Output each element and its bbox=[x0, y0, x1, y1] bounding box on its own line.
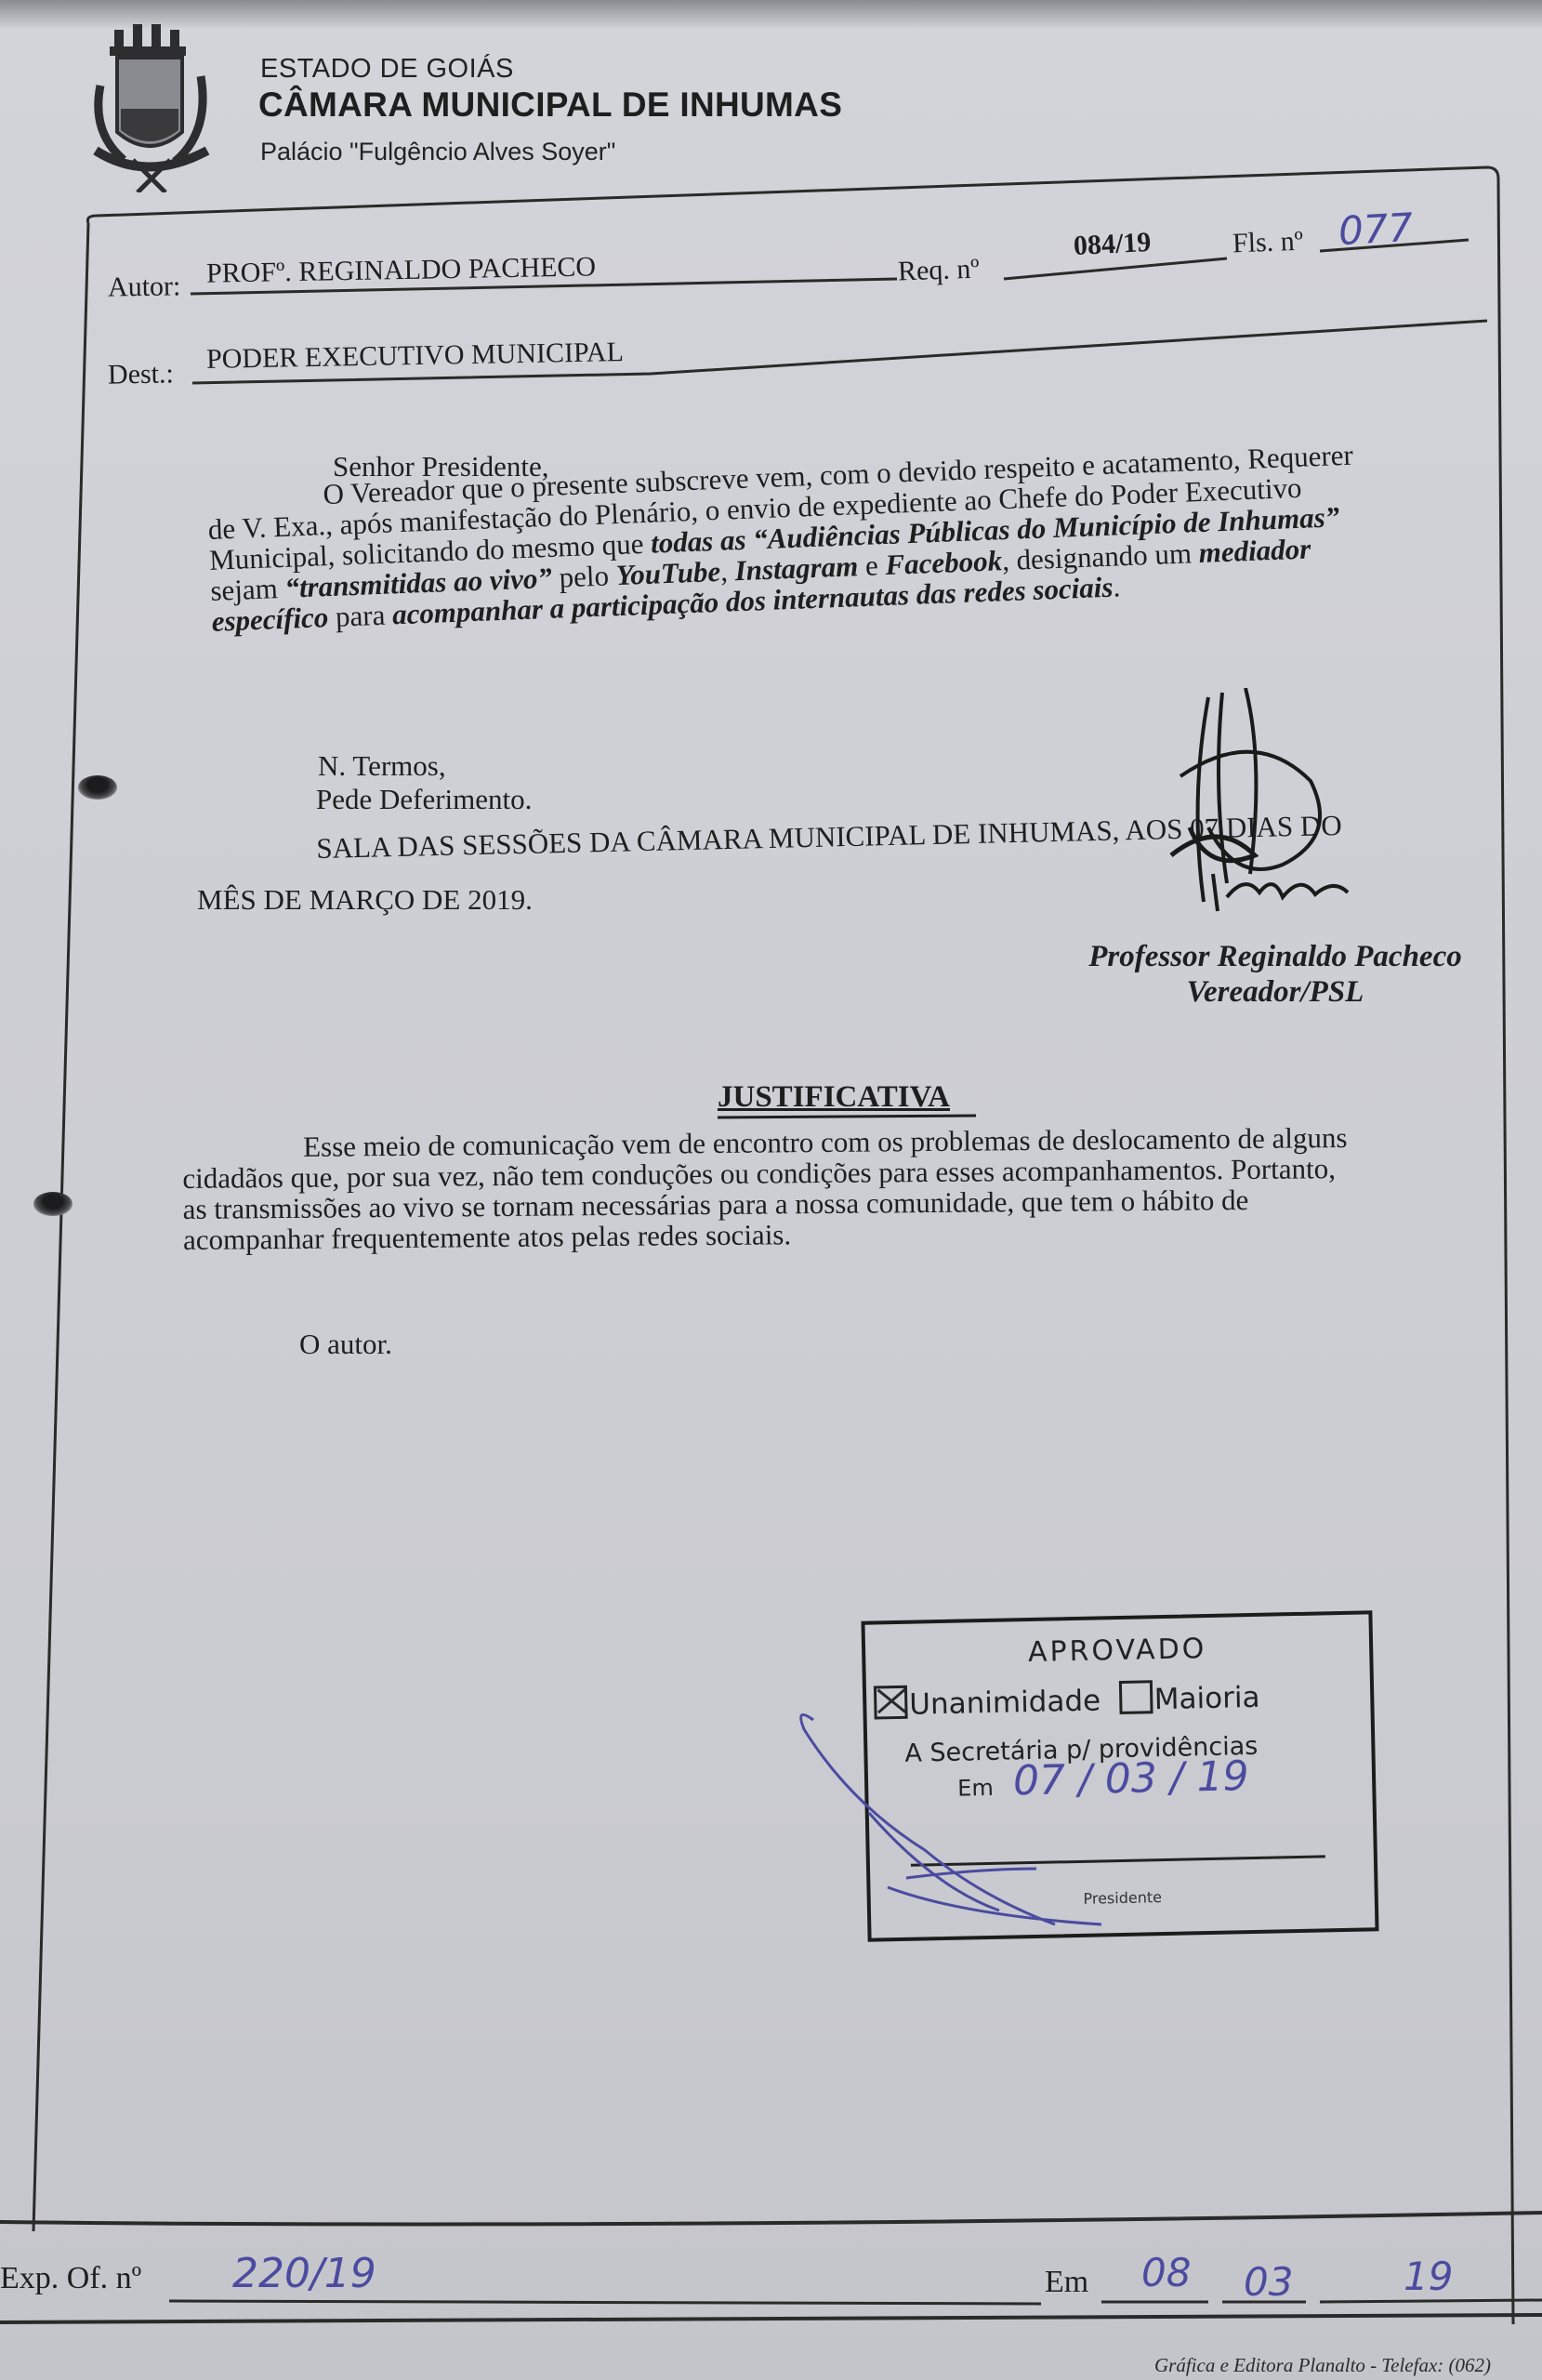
president-signature bbox=[795, 1701, 1166, 1952]
punch-hole bbox=[33, 1192, 72, 1216]
palace-name: Palácio "Fulgêncio Alves Soyer" bbox=[260, 138, 615, 166]
footer-date-label: Em bbox=[1045, 2265, 1088, 2300]
author-signature bbox=[1125, 688, 1422, 930]
majority-label: Maioria bbox=[1153, 1681, 1259, 1716]
signatory-name: Professor Reginaldo Pacheco bbox=[1061, 939, 1489, 974]
session-line-2: MÊS DE MARÇO DE 2019. bbox=[197, 883, 533, 917]
fls-label: Fls. nº bbox=[1232, 226, 1303, 260]
req-label: Req. nº bbox=[897, 253, 980, 287]
closing-request: Pede Deferimento. bbox=[316, 783, 532, 816]
state-name: ESTADO DE GOIÁS bbox=[260, 54, 514, 85]
signatory-role: Vereador/PSL bbox=[1061, 974, 1489, 1010]
closing-terms: N. Termos, bbox=[318, 749, 446, 783]
fls-number-handwritten: 077 bbox=[1338, 205, 1415, 254]
punch-hole bbox=[78, 775, 117, 800]
printer-credit: Gráfica e Editora Planalto - Telefax: (0… bbox=[1154, 2354, 1491, 2377]
dest-label: Dest.: bbox=[108, 358, 174, 390]
exp-number-handwritten: 220/19 bbox=[232, 2250, 376, 2297]
exp-label: Exp. Of. nº bbox=[0, 2261, 141, 2296]
req-number: 084/19 bbox=[1073, 227, 1152, 262]
municipal-coat-of-arms-icon bbox=[82, 20, 221, 192]
justification-title: JUSTIFICATIVA bbox=[718, 1080, 950, 1115]
footer-date-year: 19 bbox=[1404, 2254, 1453, 2299]
author-label: Autor: bbox=[108, 271, 181, 303]
justification-body: Esse meio de comunicação vem de encontro… bbox=[182, 1122, 1348, 1255]
footer-date-day: 08 bbox=[1141, 2250, 1191, 2295]
chamber-name: CÂMARA MUNICIPAL DE INHUMAS bbox=[258, 86, 842, 125]
author-sign-off: O autor. bbox=[299, 1328, 392, 1361]
footer-date-month: 03 bbox=[1244, 2259, 1293, 2305]
signatory: Professor Reginaldo Pacheco Vereador/PSL bbox=[1061, 939, 1489, 1010]
